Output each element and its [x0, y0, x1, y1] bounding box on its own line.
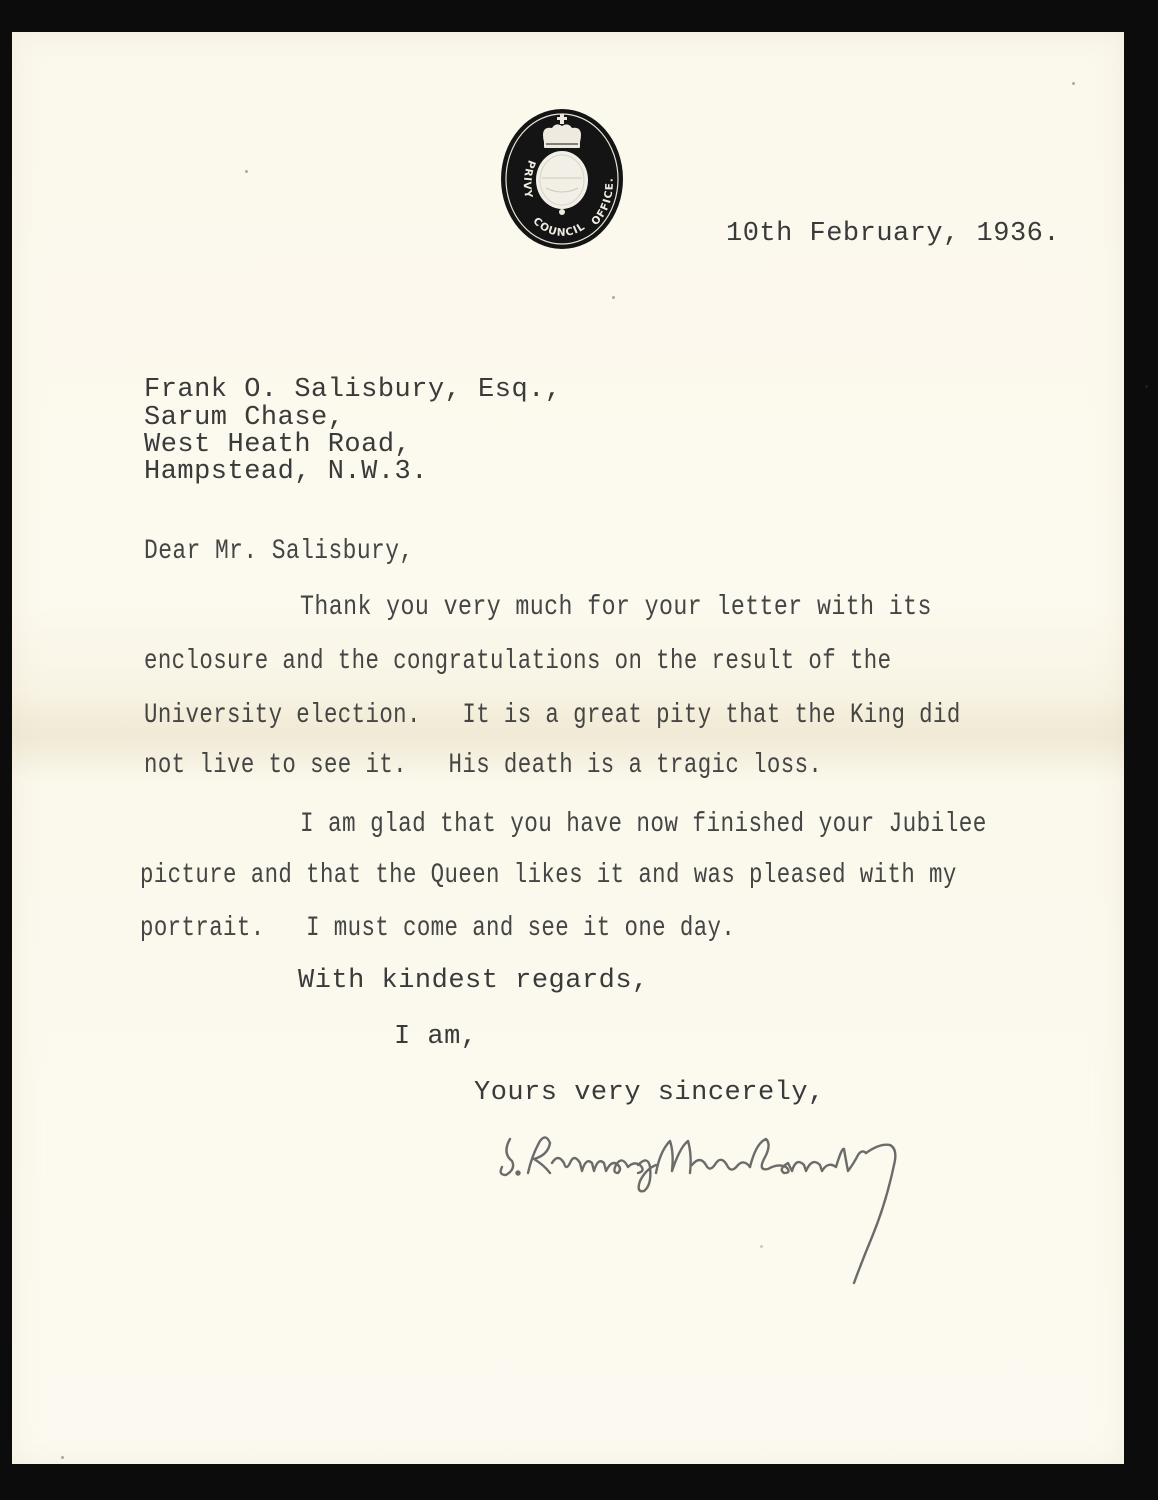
closing-i-am: I am, — [394, 1024, 478, 1051]
body-paragraph-2-line-3: portrait. I must come and see it one day… — [140, 915, 735, 943]
paper-speck — [245, 170, 248, 173]
handwritten-signature-icon — [488, 1125, 958, 1290]
paper-speck — [61, 1456, 64, 1459]
closing-regards: With kindest regards, — [298, 968, 649, 995]
recipient-name: Frank O. Salisbury, Esq., — [144, 377, 562, 404]
paper-speck — [612, 296, 615, 299]
recipient-street: Sarum Chase, — [144, 405, 344, 432]
body-paragraph-2-line-2: picture and that the Queen likes it and … — [140, 862, 957, 890]
body-paragraph-1-line-1: Thank you very much for your letter with… — [300, 594, 932, 622]
paper-speck — [760, 1245, 763, 1248]
body-paragraph-1-line-4: not live to see it. His death is a tragi… — [144, 752, 822, 780]
letter-date: 10th February, 1936. — [726, 221, 1060, 248]
paper-speck — [1072, 82, 1075, 85]
recipient-town: Hampstead, N.W.3. — [144, 459, 428, 486]
body-paragraph-1-line-3: University election. It is a great pity … — [144, 702, 961, 730]
paper-speck — [1145, 385, 1148, 388]
body-paragraph-1-line-2: enclosure and the congratulations on the… — [144, 648, 891, 676]
closing-valediction: Yours very sincerely, — [474, 1080, 825, 1107]
privy-council-seal-icon: PRIVY COUNCIL OFFICE. — [500, 108, 624, 250]
salutation: Dear Mr. Salisbury, — [144, 538, 414, 566]
recipient-road: West Heath Road, — [144, 432, 411, 459]
body-paragraph-2-line-1: I am glad that you have now finished you… — [300, 811, 987, 839]
